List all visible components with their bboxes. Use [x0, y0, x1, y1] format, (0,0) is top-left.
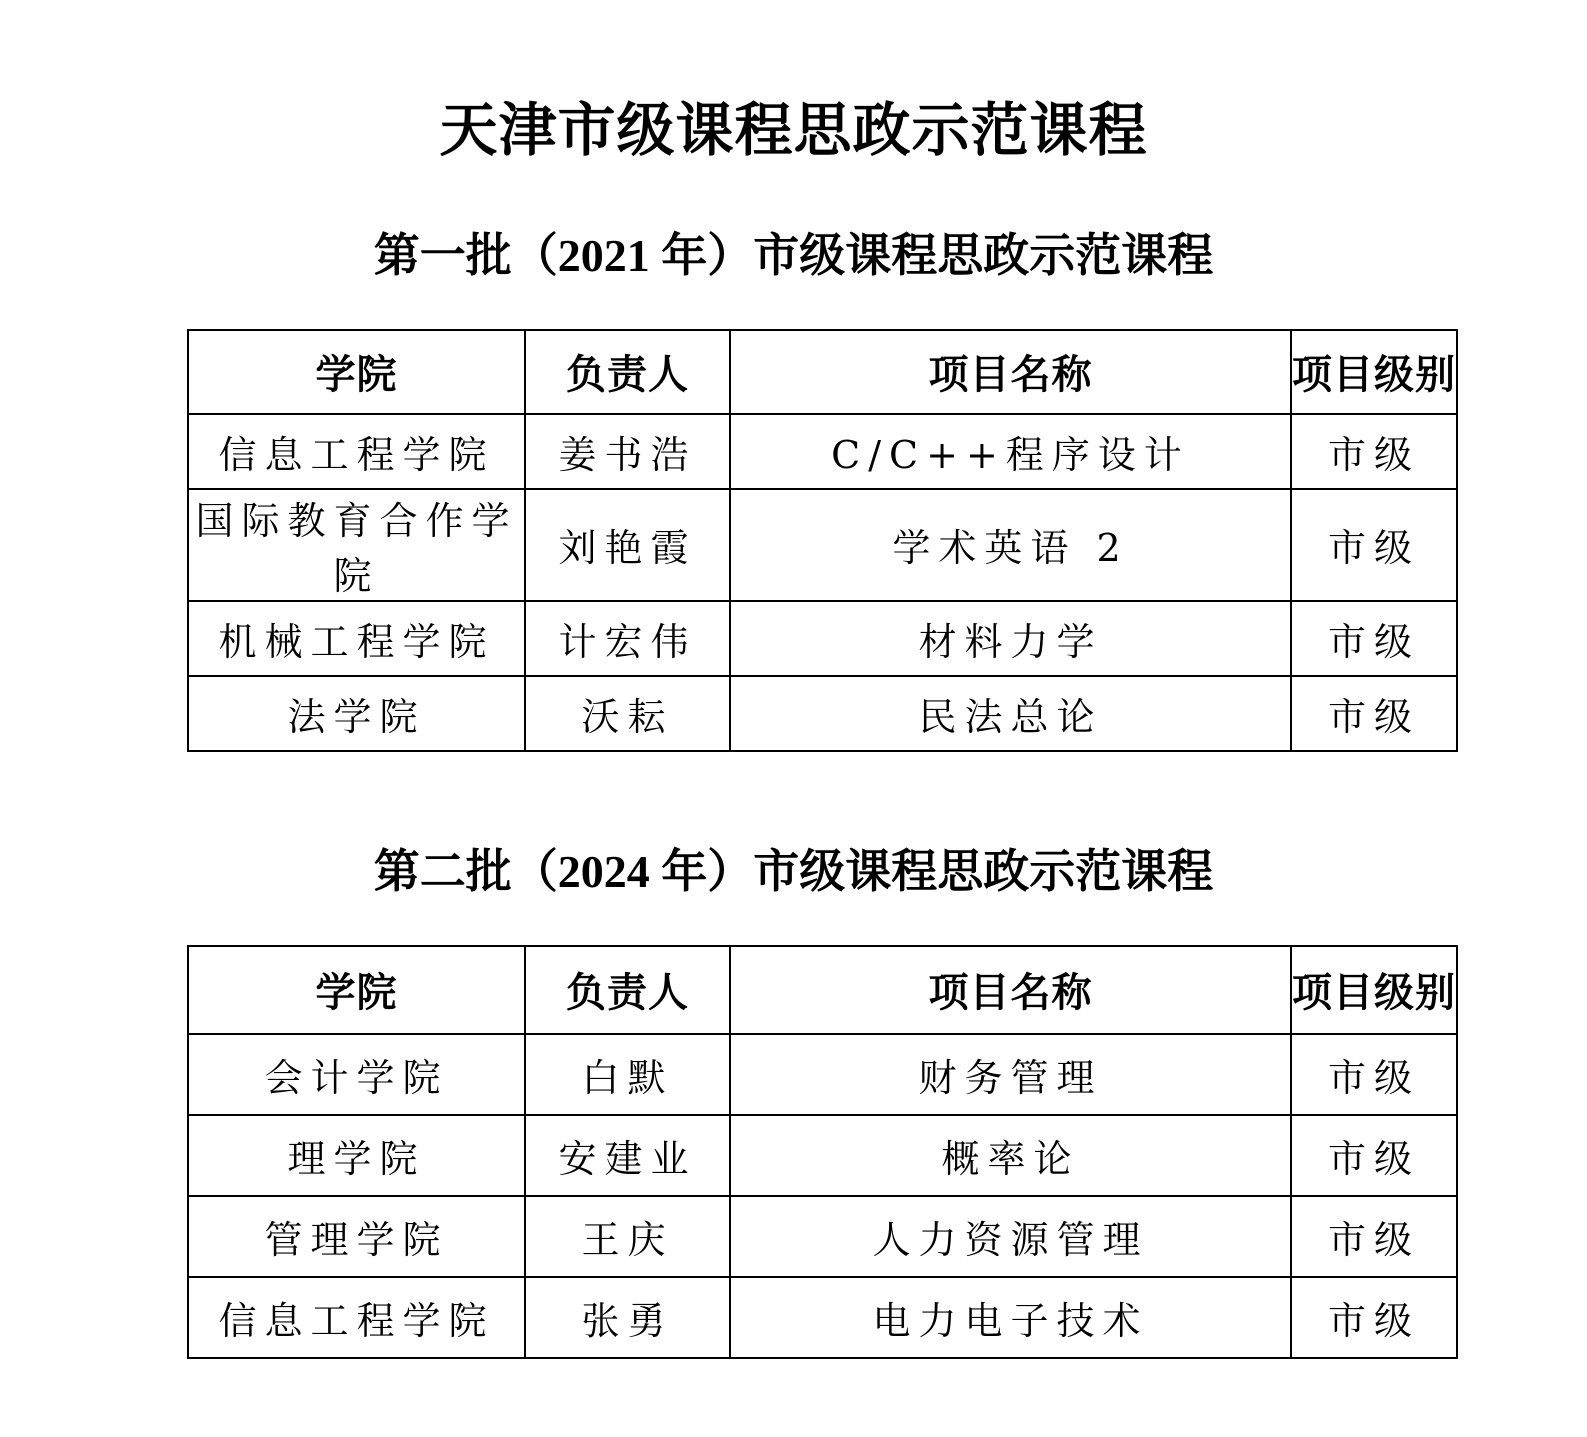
table-row: 国际教育合作学院 刘艳霞 学术英语 2 市级 [188, 489, 1457, 601]
cell-project: C/C++程序设计 [730, 414, 1291, 489]
cell-level: 市级 [1291, 1277, 1457, 1358]
cell-project: 电力电子技术 [730, 1277, 1291, 1358]
cell-leader: 姜书浩 [525, 414, 730, 489]
section-1-heading: 第一批（2021 年）市级课程思政示范课程 [0, 228, 1587, 283]
cell-project: 概率论 [730, 1115, 1291, 1196]
table-row: 机械工程学院 计宏伟 材料力学 市级 [188, 601, 1457, 676]
cell-level: 市级 [1291, 489, 1457, 601]
cell-leader: 王庆 [525, 1196, 730, 1277]
cell-college: 理学院 [188, 1115, 525, 1196]
column-header-project: 项目名称 [730, 330, 1291, 414]
table-row: 信息工程学院 张勇 电力电子技术 市级 [188, 1277, 1457, 1358]
column-header-level: 项目级别 [1291, 330, 1457, 414]
cell-project: 民法总论 [730, 676, 1291, 751]
column-header-project: 项目名称 [730, 946, 1291, 1034]
cell-leader: 刘艳霞 [525, 489, 730, 601]
cell-college: 信息工程学院 [188, 1277, 525, 1358]
cell-level: 市级 [1291, 414, 1457, 489]
cell-college: 机械工程学院 [188, 601, 525, 676]
column-header-leader: 负责人 [525, 946, 730, 1034]
section-2-table: 学院 负责人 项目名称 项目级别 会计学院 白默 财务管理 市级 理学院 安建业… [187, 945, 1458, 1359]
table-row: 管理学院 王庆 人力资源管理 市级 [188, 1196, 1457, 1277]
section-1-table: 学院 负责人 项目名称 项目级别 信息工程学院 姜书浩 C/C++程序设计 市级… [187, 329, 1458, 752]
table-row: 会计学院 白默 财务管理 市级 [188, 1034, 1457, 1115]
cell-leader: 计宏伟 [525, 601, 730, 676]
cell-level: 市级 [1291, 1115, 1457, 1196]
cell-leader: 张勇 [525, 1277, 730, 1358]
cell-leader: 白默 [525, 1034, 730, 1115]
cell-level: 市级 [1291, 601, 1457, 676]
cell-project: 人力资源管理 [730, 1196, 1291, 1277]
cell-college: 会计学院 [188, 1034, 525, 1115]
cell-college: 国际教育合作学院 [188, 489, 525, 601]
cell-project: 学术英语 2 [730, 489, 1291, 601]
table-row: 理学院 安建业 概率论 市级 [188, 1115, 1457, 1196]
table-row: 法学院 沃耘 民法总论 市级 [188, 676, 1457, 751]
cell-college: 信息工程学院 [188, 414, 525, 489]
cell-level: 市级 [1291, 1196, 1457, 1277]
table-header-row: 学院 负责人 项目名称 项目级别 [188, 330, 1457, 414]
column-header-college: 学院 [188, 946, 525, 1034]
cell-level: 市级 [1291, 1034, 1457, 1115]
cell-college: 法学院 [188, 676, 525, 751]
cell-college: 管理学院 [188, 1196, 525, 1277]
cell-leader: 沃耘 [525, 676, 730, 751]
document-title: 天津市级课程思政示范课程 [0, 0, 1587, 166]
cell-project: 财务管理 [730, 1034, 1291, 1115]
table-row: 信息工程学院 姜书浩 C/C++程序设计 市级 [188, 414, 1457, 489]
section-2-heading: 第二批（2024 年）市级课程思政示范课程 [0, 844, 1587, 899]
cell-leader: 安建业 [525, 1115, 730, 1196]
column-header-level: 项目级别 [1291, 946, 1457, 1034]
table-header-row: 学院 负责人 项目名称 项目级别 [188, 946, 1457, 1034]
cell-level: 市级 [1291, 676, 1457, 751]
column-header-college: 学院 [188, 330, 525, 414]
document-page: 天津市级课程思政示范课程 第一批（2021 年）市级课程思政示范课程 学院 负责… [0, 0, 1587, 1437]
cell-project: 材料力学 [730, 601, 1291, 676]
column-header-leader: 负责人 [525, 330, 730, 414]
